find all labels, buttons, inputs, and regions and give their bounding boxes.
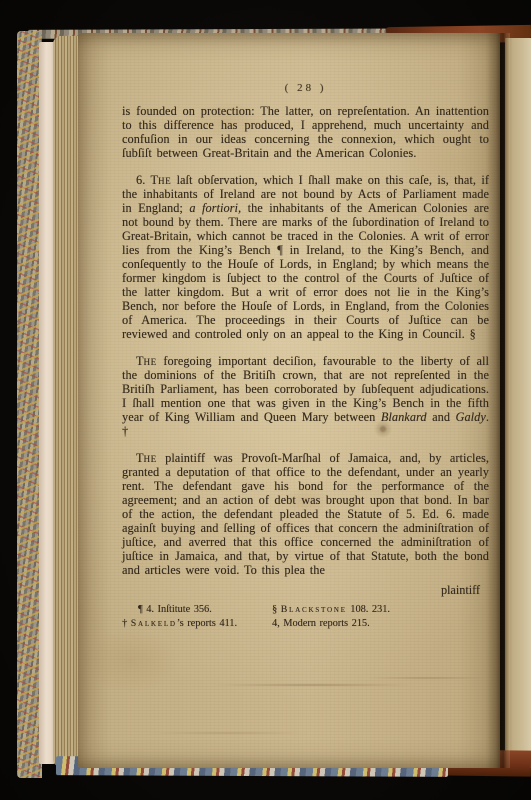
page-text-block: ( 28 ) is founded on protection: The lat… (78, 33, 500, 630)
facing-page-sliver (505, 38, 531, 768)
paragraph-foregoing-decision: The foregoing important deciſion, favour… (122, 354, 489, 438)
page-number: ( 28 ) (122, 81, 489, 95)
footnote-salkeld: † Salkeld’s reports 411. (122, 617, 272, 631)
paragraph-last-observation: 6. The laſt obſervation, which I ſhall m… (122, 173, 489, 341)
footnote-institute: ¶ 4. Inſtitute 356. (122, 603, 272, 617)
footnote-row: † Salkeld’s reports 411. 4, Modern repor… (122, 617, 489, 631)
paragraph-protection-representation: is founded on protection: The latter, on… (122, 104, 489, 160)
footnote-modern-reports: 4, Modern reports 215. (272, 617, 489, 631)
footnote-blackstone: § Blackstone 108. 231. (272, 603, 489, 617)
footnote-row: ¶ 4. Inſtitute 356. § Blackstone 108. 23… (122, 603, 489, 617)
book-page: ( 28 ) is founded on protection: The lat… (78, 33, 500, 768)
page-edges-stack (53, 36, 80, 767)
footnote-section: ¶ 4. Inſtitute 356. § Blackstone 108. 23… (122, 603, 489, 630)
catchword: plaintiff (122, 583, 489, 597)
photo-backdrop: ( 28 ) is founded on protection: The lat… (0, 0, 531, 800)
paragraph-provost-marshal: The plaintiff was Provoſt-Marſhal of Jam… (122, 451, 489, 577)
